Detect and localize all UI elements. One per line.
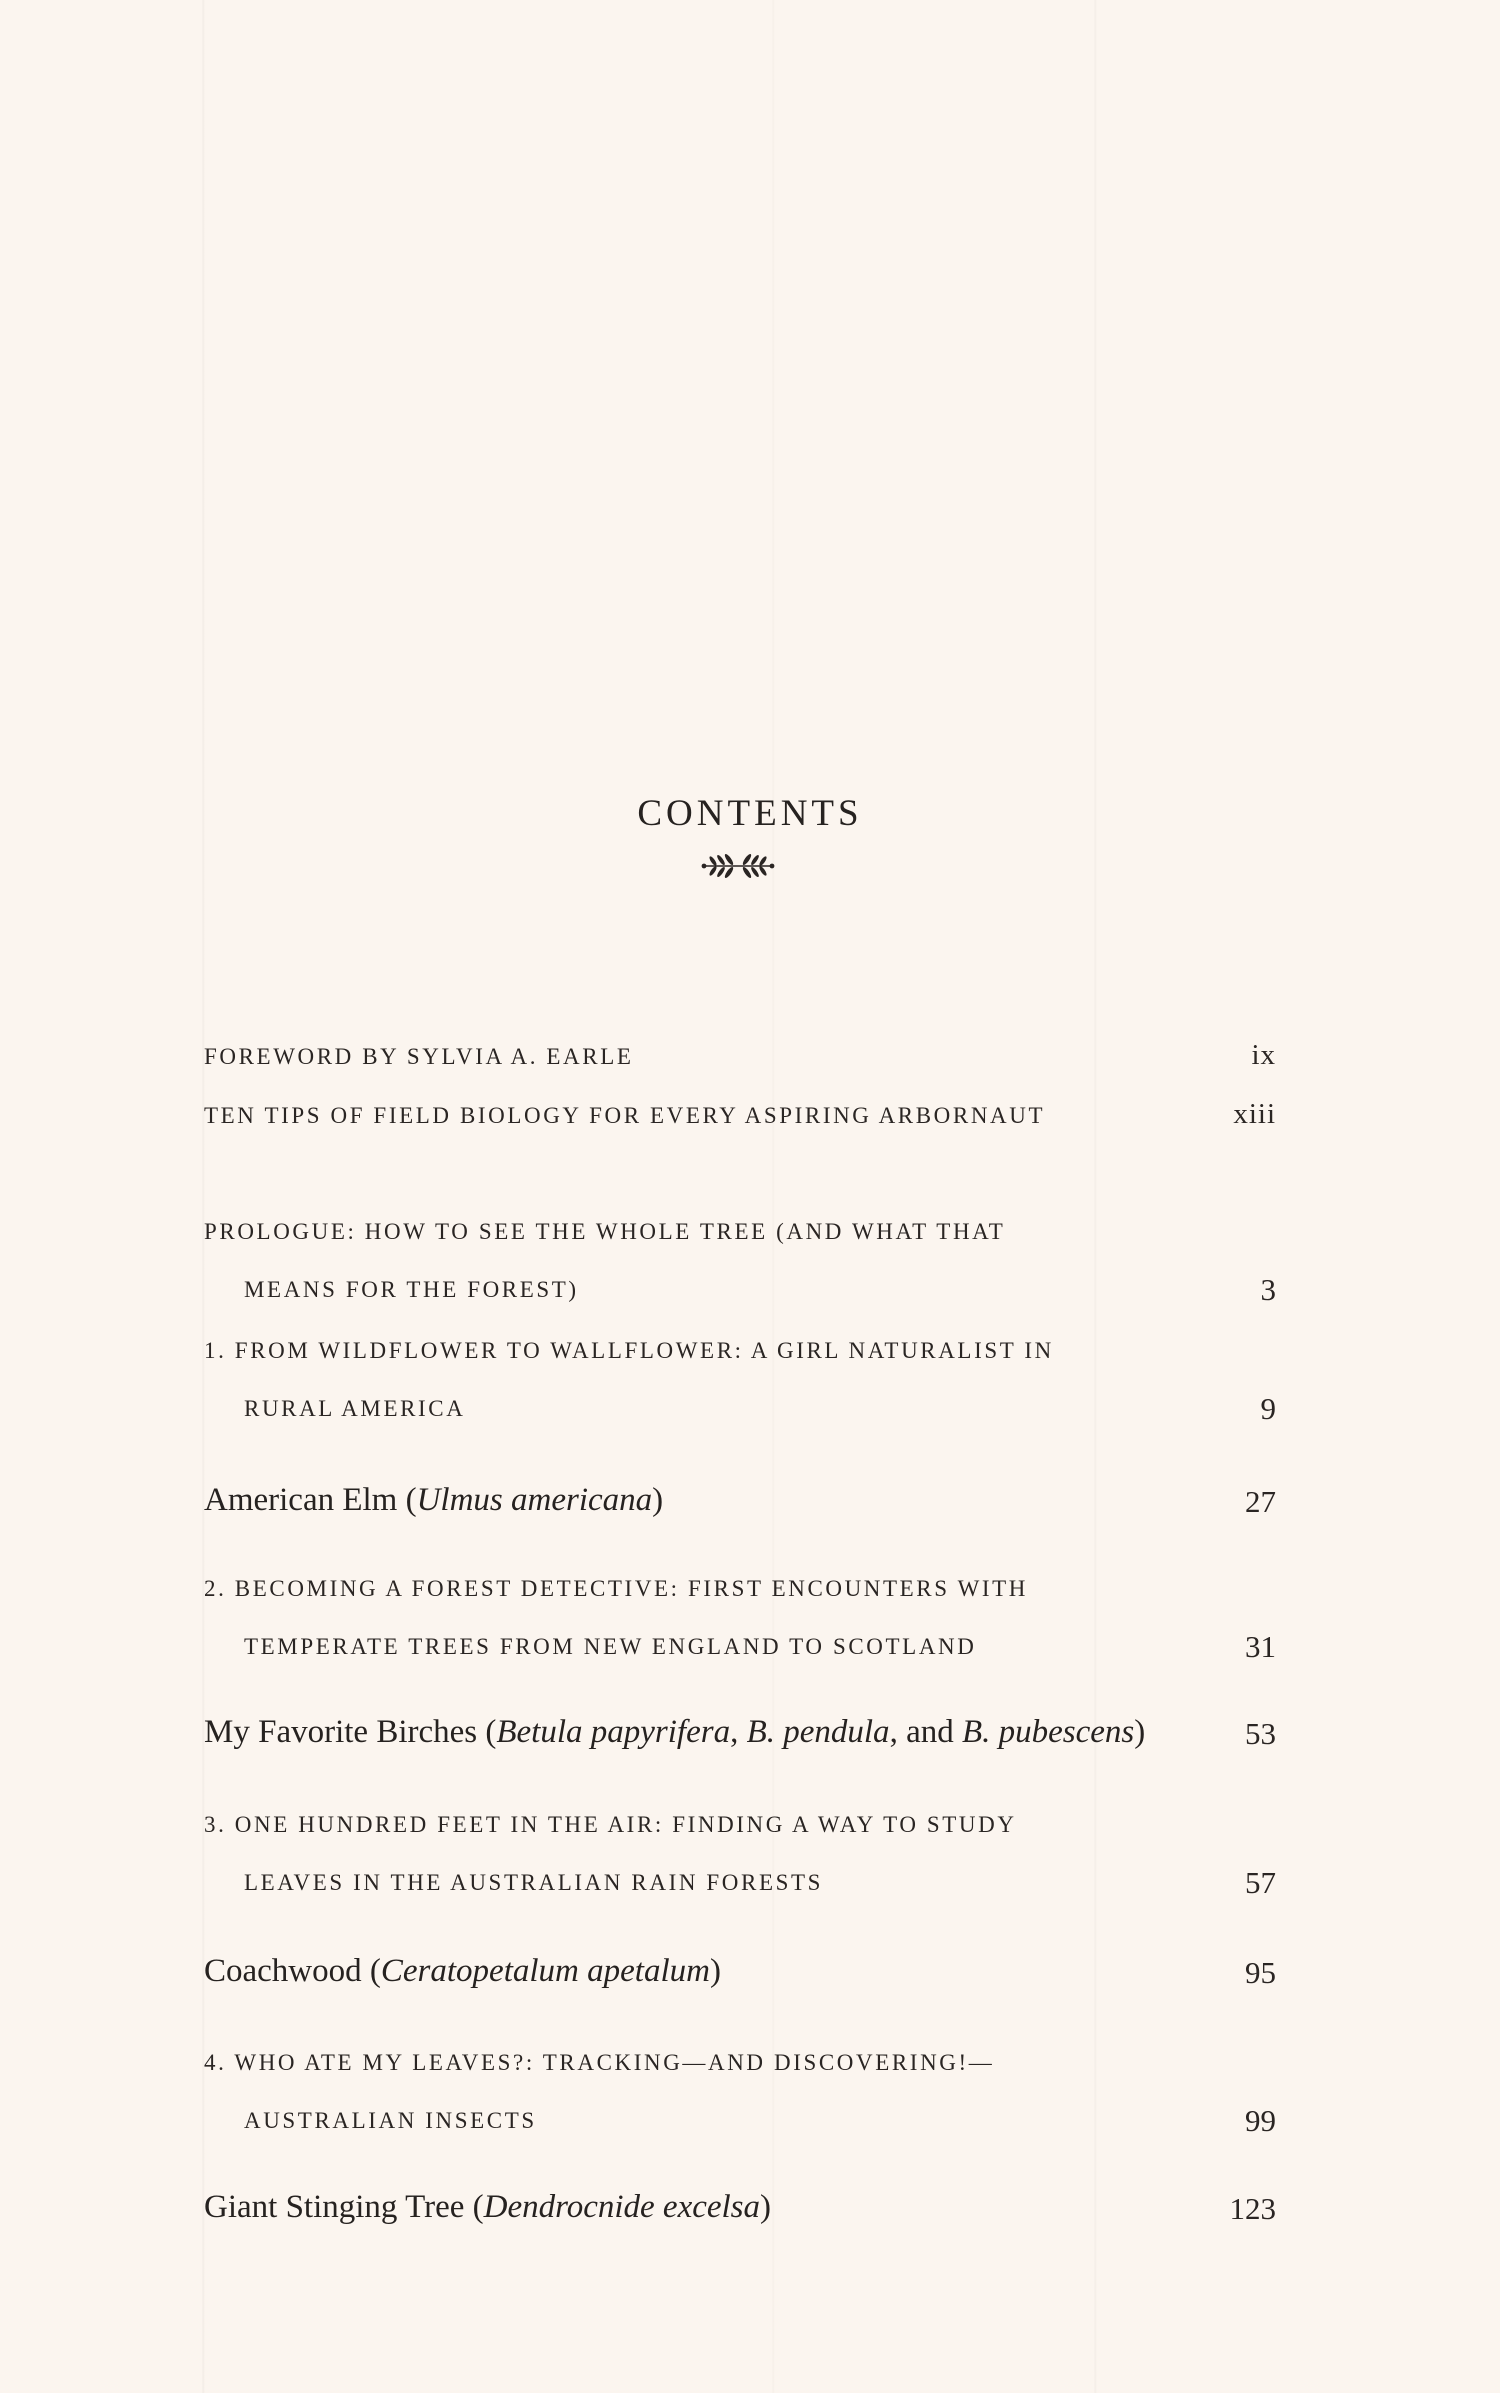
- title-text: , and: [890, 1714, 962, 1750]
- page-number: 3: [1261, 1274, 1277, 1305]
- title-text: American Elm (: [204, 1482, 417, 1518]
- toc-entry-title: Coachwood (Ceratopetalum apetalum): [204, 1955, 721, 1988]
- toc-entry-title: 2. BECOMING A FOREST DETECTIVE: FIRST EN…: [204, 1577, 1028, 1600]
- toc-entry-title-continued: TEMPERATE TREES FROM NEW ENGLAND TO SCOT…: [244, 1635, 976, 1658]
- toc-entry-title: 1. FROM WILDFLOWER TO WALLFLOWER: A GIRL…: [204, 1339, 1054, 1362]
- toc-entry-title: PROLOGUE: HOW TO SEE THE WHOLE TREE (AND…: [204, 1220, 1005, 1243]
- page-number: 27: [1245, 1486, 1276, 1517]
- title-text: ): [710, 1953, 721, 1989]
- title-text: My Favorite Birches (: [204, 1714, 496, 1750]
- title-text: ): [760, 2189, 771, 2225]
- toc-entry-title-continued: LEAVES IN THE AUSTRALIAN RAIN FORESTS: [244, 1871, 823, 1894]
- page-number: 57: [1245, 1867, 1276, 1898]
- page-number: 95: [1245, 1957, 1276, 1988]
- title-text: ,: [730, 1714, 747, 1750]
- toc-entry-title: My Favorite Birches (Betula papyrifera, …: [204, 1716, 1145, 1749]
- title-text: Coachwood (: [204, 1953, 381, 1989]
- page-number: 123: [1230, 2193, 1277, 2224]
- scientific-name: Betula papyrifera: [496, 1714, 730, 1750]
- title-text: Giant Stinging Tree (: [204, 2189, 484, 2225]
- page-number: ix: [1251, 1041, 1276, 1070]
- page-number: 31: [1245, 1631, 1276, 1662]
- page-number: 99: [1245, 2105, 1276, 2136]
- scientific-name: Ceratopetalum apetalum: [381, 1953, 710, 1989]
- scientific-name: B. pubescens: [962, 1714, 1134, 1750]
- toc-entry-title-continued: MEANS FOR THE FOREST): [244, 1278, 579, 1301]
- toc-entry-title: 4. WHO ATE MY LEAVES?: TRACKING—AND DISC…: [204, 2051, 994, 2074]
- leaf-sprig-ornament-icon: [700, 852, 776, 880]
- toc-entry-title-continued: RURAL AMERICA: [244, 1397, 465, 1420]
- scientific-name: Dendrocnide excelsa: [484, 2189, 760, 2225]
- toc-entry-title: American Elm (Ulmus americana): [204, 1484, 663, 1517]
- page-number: 53: [1245, 1718, 1276, 1749]
- toc-entry-title: 3. ONE HUNDRED FEET IN THE AIR: FINDING …: [204, 1813, 1017, 1836]
- toc-entry-title: Giant Stinging Tree (Dendrocnide excelsa…: [204, 2191, 771, 2224]
- title-text: ): [1134, 1714, 1145, 1750]
- scientific-name: B. pendula: [747, 1714, 890, 1750]
- page-paper-texture: [0, 0, 1500, 2393]
- toc-entry-title: TEN TIPS OF FIELD BIOLOGY FOR EVERY ASPI…: [204, 1104, 1045, 1127]
- page-number: 9: [1261, 1393, 1277, 1424]
- title-text: ): [652, 1482, 663, 1518]
- scientific-name: Ulmus americana: [417, 1482, 653, 1518]
- page-number: xiii: [1233, 1100, 1276, 1129]
- toc-entry-title-continued: AUSTRALIAN INSECTS: [244, 2109, 537, 2132]
- contents-heading: CONTENTS: [0, 795, 1500, 832]
- toc-entry-title: FOREWORD BY SYLVIA A. EARLE: [204, 1045, 634, 1068]
